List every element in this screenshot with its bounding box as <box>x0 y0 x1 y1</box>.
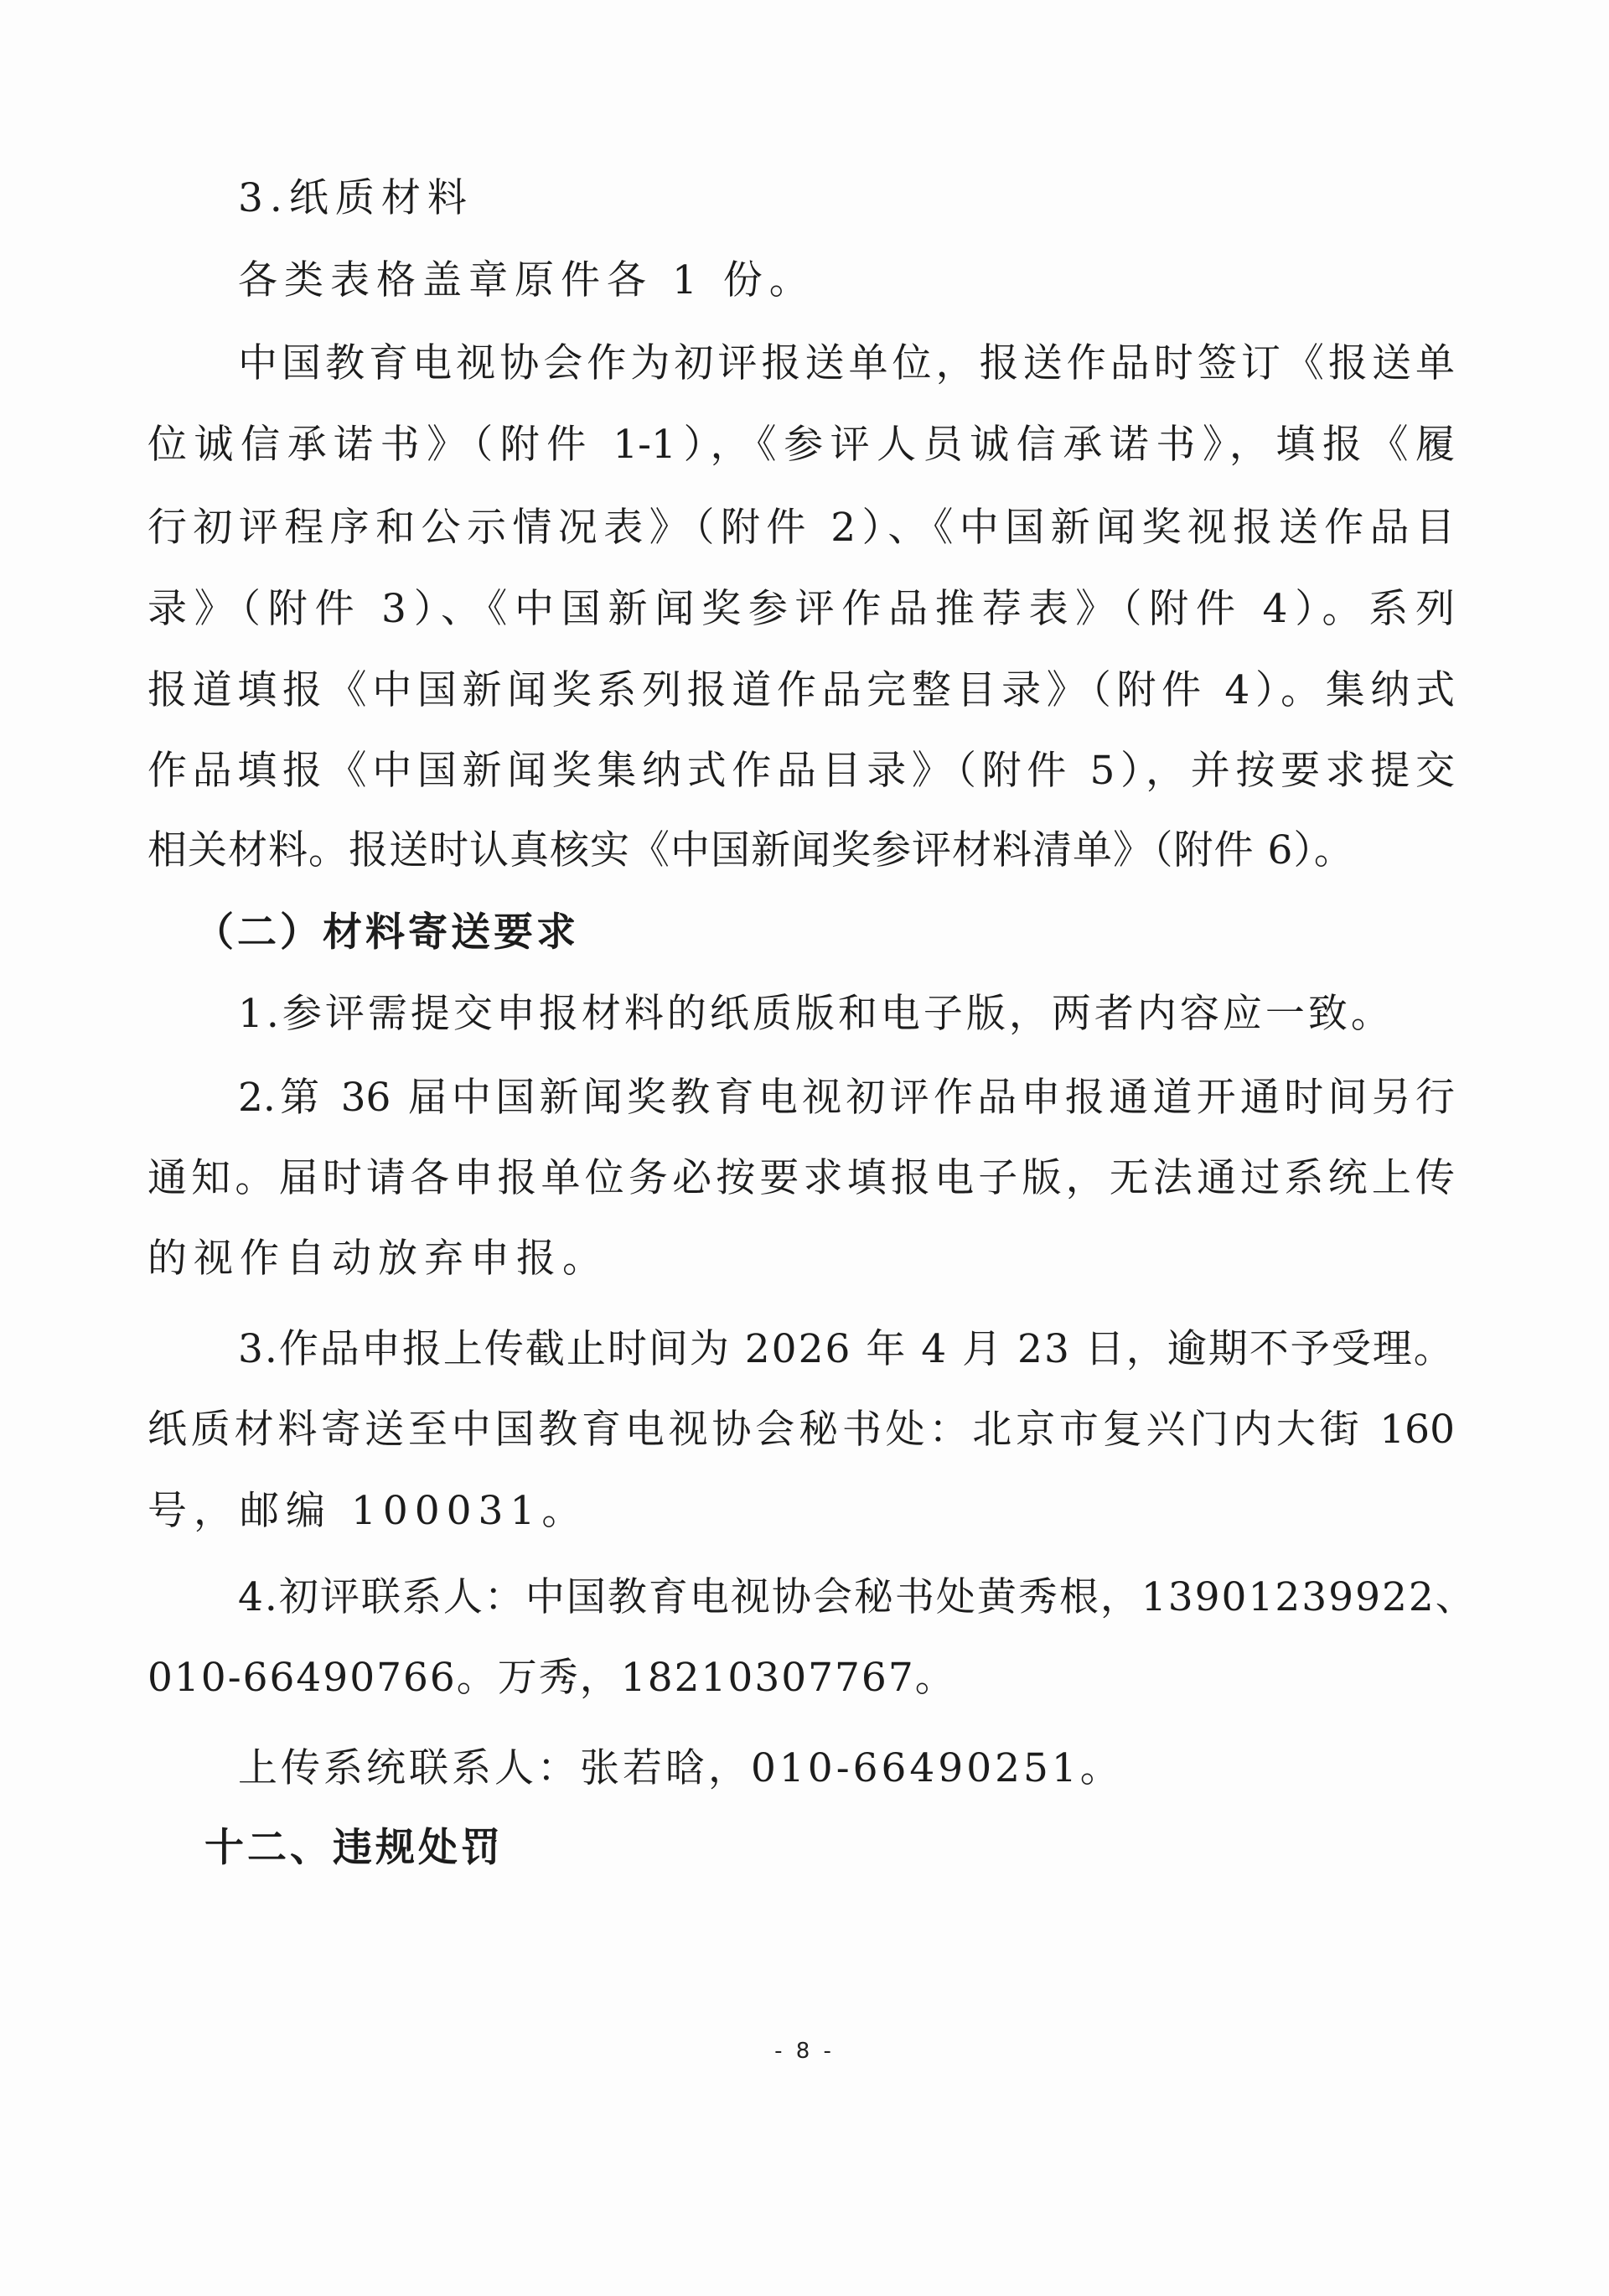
paragraph-line: 位诚信承诺书》（附件 1-1），《参评人员诚信承诺书》，填报《履 <box>147 420 1455 470</box>
paragraph-line: 相关材料。报送时认真核实《中国新闻奖参评材料清单》（附件 6）。 <box>147 826 1455 876</box>
list-item: 3.作品申报上传截止时间为 2026 年 4 月 23 日，逾期不予受理。 <box>238 1324 1545 1375</box>
paragraph-line: 的视作自动放弃申报。 <box>147 1234 1455 1284</box>
list-item: 4.初评联系人：中国教育电视协会秘书处黄秀根，13901239922、 <box>238 1573 1545 1623</box>
paragraph-line: 中国教育电视协会作为初评报送单位，报送作品时签订《报送单 <box>238 339 1455 389</box>
paragraph-line: 录》（附件 3）、《中国新闻奖参评作品推荐表》（附件 4）。系列 <box>147 584 1455 635</box>
paragraph-line: 纸质材料寄送至中国教育电视协会秘书处：北京市复兴门内大街 160 <box>147 1405 1455 1455</box>
contact-line: 上传系统联系人：张若晗，010-66490251。 <box>238 1744 1545 1794</box>
paragraph-line: 行初评程序和公示情况表》（附件 2）、《中国新闻奖视报送作品目 <box>147 503 1455 553</box>
paragraph-line: 010-66490766。万秀，18210307767。 <box>147 1653 1455 1703</box>
paragraph-line: 各类表格盖章原件各 1 份。 <box>238 256 1545 306</box>
section-heading-violation-penalties: 十二、违规处罚 <box>204 1823 1512 1874</box>
paragraph-line: 通知。届时请各申报单位务必按要求填报电子版，无法通过系统上传 <box>147 1153 1455 1204</box>
subsection-title-paper-materials: 3.纸质材料 <box>238 174 1545 224</box>
page-number: - 8 - <box>0 2039 1609 2064</box>
list-item: 2.第 36 届中国新闻奖教育电视初评作品申报通道开通时间另行 <box>238 1073 1455 1123</box>
paragraph-line: 报道填报《中国新闻奖系列报道作品完整目录》（附件 4）。集纳式 <box>147 666 1455 716</box>
section-heading-shipping-requirements: （二）材料寄送要求 <box>194 908 1502 958</box>
document-page: 3.纸质材料 各类表格盖章原件各 1 份。 中国教育电视协会作为初评报送单位，报… <box>0 0 1609 2296</box>
paragraph-line: 作品填报《中国新闻奖集纳式作品目录》（附件 5），并按要求提交 <box>147 746 1455 796</box>
paragraph-line: 号，邮编 100031。 <box>147 1486 1455 1537</box>
list-item: 1.参评需提交申报材料的纸质版和电子版，两者内容应一致。 <box>238 989 1545 1039</box>
